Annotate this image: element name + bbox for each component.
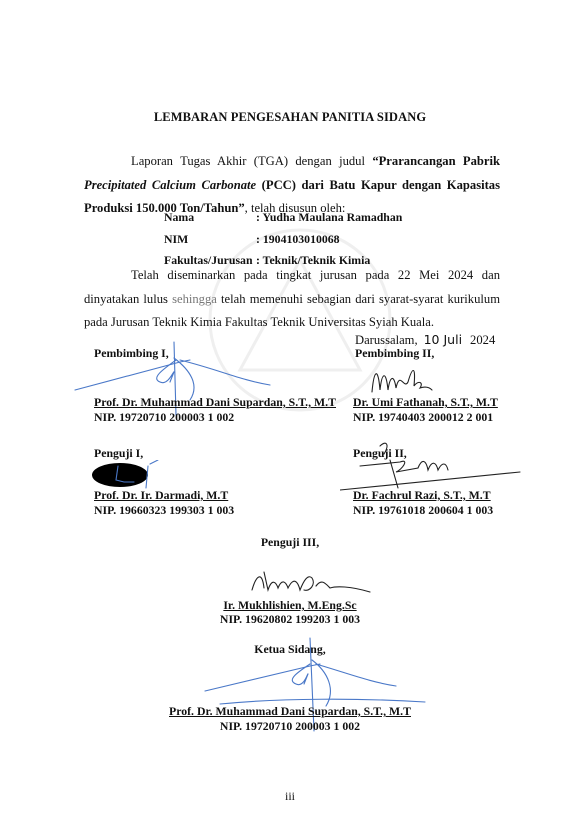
pembimbing-2-name: Dr. Umi Fathanah, S.T., M.T bbox=[353, 395, 498, 410]
pembimbing-1-name: Prof. Dr. Muhammad Dani Supardan, S.T., … bbox=[94, 395, 336, 410]
pembimbing-2-role: Pembimbing II, bbox=[355, 346, 434, 361]
penguji-1-name: Prof. Dr. Ir. Darmadi, M.T bbox=[94, 488, 228, 503]
penguji-1-role: Penguji I, bbox=[94, 446, 143, 461]
student-name-row: Nama: Yudha Maulana Ramadhan bbox=[164, 210, 402, 225]
penguji-2-role: Penguji II, bbox=[353, 446, 407, 461]
page-number: iii bbox=[0, 789, 580, 804]
pembimbing-1-role: Pembimbing I, bbox=[94, 346, 169, 361]
penguji-3-nip: NIP. 19620802 199203 1 003 bbox=[0, 612, 580, 627]
page-title: LEMBARAN PENGESAHAN PANITIA SIDANG bbox=[0, 110, 580, 125]
penguji-1-nip: NIP. 19660323 199303 1 003 bbox=[94, 503, 234, 518]
thesis-title-part1: “Prarancangan Pabrik bbox=[372, 154, 500, 168]
student-nim-row: NIM: 1904103010068 bbox=[164, 232, 340, 247]
document-page: LEMBARAN PENGESAHAN PANITIA SIDANG Lapor… bbox=[0, 0, 580, 818]
pembimbing-2-nip: NIP. 19740403 200012 2 001 bbox=[353, 410, 493, 425]
penguji-1-signature-icon bbox=[90, 460, 170, 490]
pembimbing-1-nip: NIP. 19720710 200003 1 002 bbox=[94, 410, 234, 425]
penguji-2-name: Dr. Fachrul Razi, S.T., M.T bbox=[353, 488, 491, 503]
ketua-sidang-nip: NIP. 19720710 200003 1 002 bbox=[0, 719, 580, 734]
thesis-title-italic: Precipitated Calcium Carbonate bbox=[84, 178, 256, 192]
handwritten-date: 10 Juli bbox=[424, 332, 462, 347]
ketua-sidang-name: Prof. Dr. Muhammad Dani Supardan, S.T., … bbox=[0, 704, 580, 719]
penguji-3-signature-icon bbox=[250, 568, 380, 598]
statement-paragraph: Telah diseminarkan pada tingkat jurusan … bbox=[84, 264, 500, 335]
penguji-3-role: Penguji III, bbox=[0, 535, 580, 550]
penguji-2-nip: NIP. 19761018 200604 1 003 bbox=[353, 503, 493, 518]
penguji-3-name: Ir. Mukhlishien, M.Eng.Sc bbox=[0, 598, 580, 613]
ketua-sidang-role: Ketua Sidang, bbox=[0, 642, 580, 657]
